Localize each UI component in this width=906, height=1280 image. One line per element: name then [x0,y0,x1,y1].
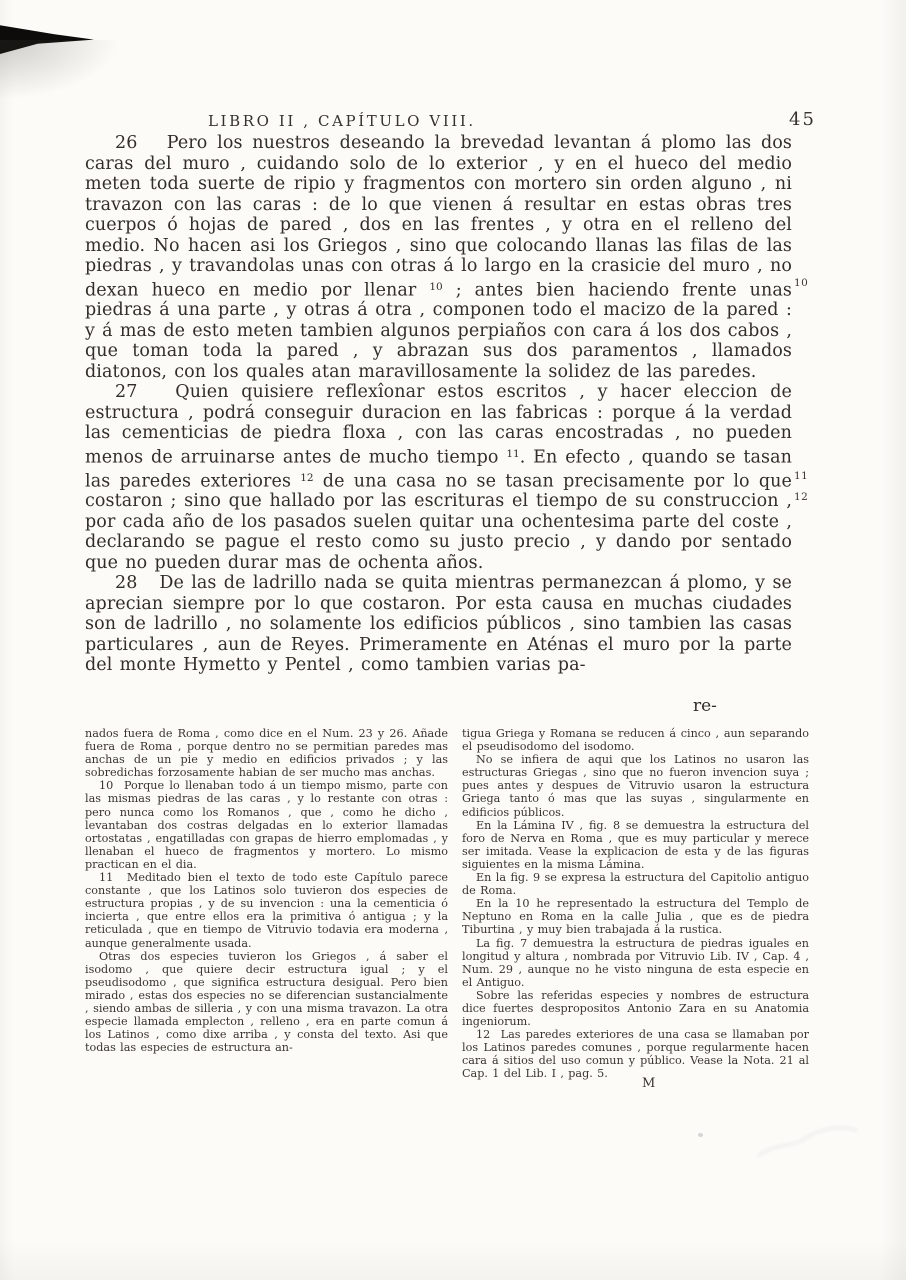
text-segment: ortostatas [85,832,142,845]
catchword: re- [693,696,717,716]
paragraph-26: 26 Pero los nuestros deseando la breveda… [85,133,792,382]
signature-mark: M [642,1076,655,1091]
text-segment: nados fuera de Roma , como dice en el Nu… [85,727,448,740]
text-segment: pseudisodomo [477,740,558,753]
text-segment: paredes comunes [531,1041,632,1054]
margin-footnote-marker-10: 10 [794,277,808,289]
text-segment: 26 Pero los nuestros deseando la breveda… [85,133,792,300]
footnote-reference: 12 [300,472,313,484]
text-segment: del [558,740,584,753]
footnote-paragraph: nados fuera de Roma , como dice en el Nu… [85,727,448,779]
footnote-paragraph: No se infiera de aqui que los Latinos no… [462,753,809,818]
text-segment: En la Lámina IV , fig. 8 se demuestra la… [462,819,809,871]
text-segment: pseudisodomo [85,976,166,989]
text-segment: 28 De las de ladrillo nada se quita mien… [85,573,792,675]
footnote-paragraph: 10 Porque lo llenaban todo á un tiempo m… [85,779,448,871]
text-segment: 11 Meditado bien el texto de todo este C… [85,871,448,949]
text-segment: No se infiera de aqui que los Latinos no… [462,753,809,818]
footnote-paragraph: En la Lámina IV , fig. 8 se demuestra la… [462,819,809,871]
footnote-paragraph: 11 Meditado bien el texto de todo este C… [85,871,448,950]
text-segment: 10 Porque lo llenaban todo á un tiempo m… [85,779,448,831]
footnote-paragraph: 12 Las paredes exteriores de una casa se… [462,1028,809,1080]
text-segment: La fig. 7 demuestra la estructura de pie… [462,937,809,989]
footnote-paragraph: En la fig. 9 se expresa la estructura de… [462,871,809,897]
scan-corner-artifact [0,24,94,54]
scanned-book-page: LIBRO II , CAPÍTULO VIII. 45 26 Pero los… [0,0,906,1280]
scan-smudge [752,1112,862,1172]
paragraph-28: 28 De las de ladrillo nada se quita mien… [85,573,792,676]
main-text-block: 26 Pero los nuestros deseando la breveda… [85,133,792,676]
text-segment: Otras dos especies tuvieron los Griegos … [99,950,448,963]
paragraph-27: 27 Quien quisiere reflexîonar estos escr… [85,382,792,573]
footnote-paragraph: Otras dos especies tuvieron los Griegos … [85,950,448,1055]
footnote-paragraph: La fig. 7 demuestra la estructura de pie… [462,937,809,989]
text-segment: fuera de Roma [85,740,172,753]
footnote-reference: 10 [429,281,442,293]
footnote-column-right: tigua Griega y Romana se reducen á cinco… [462,727,809,1081]
margin-footnote-marker-11: 11 [794,470,808,482]
text-segment: , que quiere decir estructura igual ; y … [132,963,448,976]
page-number: 45 [789,109,816,130]
footnote-column-left: nados fuera de Roma , como dice en el Nu… [85,727,448,1054]
text-segment: con los quales atan maravillosamente la … [167,362,756,382]
text-segment: En la 10 he representado la estructura d… [462,897,809,936]
text-segment: emplecton , relleno [185,1015,300,1028]
text-segment: En la fig. 9 se expresa la estructura de… [462,871,809,897]
text-segment: diatonos, [85,362,167,382]
footnote-reference: 11 [506,448,519,460]
scan-speck [698,1133,703,1137]
margin-footnote-marker-12: 12 [794,491,808,503]
footnote-paragraph: tigua Griega y Romana se reducen á cinco… [462,727,809,753]
footnote-paragraph: En la 10 he representado la estructura d… [462,897,809,936]
text-segment: isodomo [85,963,132,976]
text-segment: isodomo. [584,740,635,753]
running-head-title: LIBRO II , CAPÍTULO VIII. [208,112,476,130]
footnote-paragraph: Sobre las referidas especies y nombres d… [462,989,809,1028]
